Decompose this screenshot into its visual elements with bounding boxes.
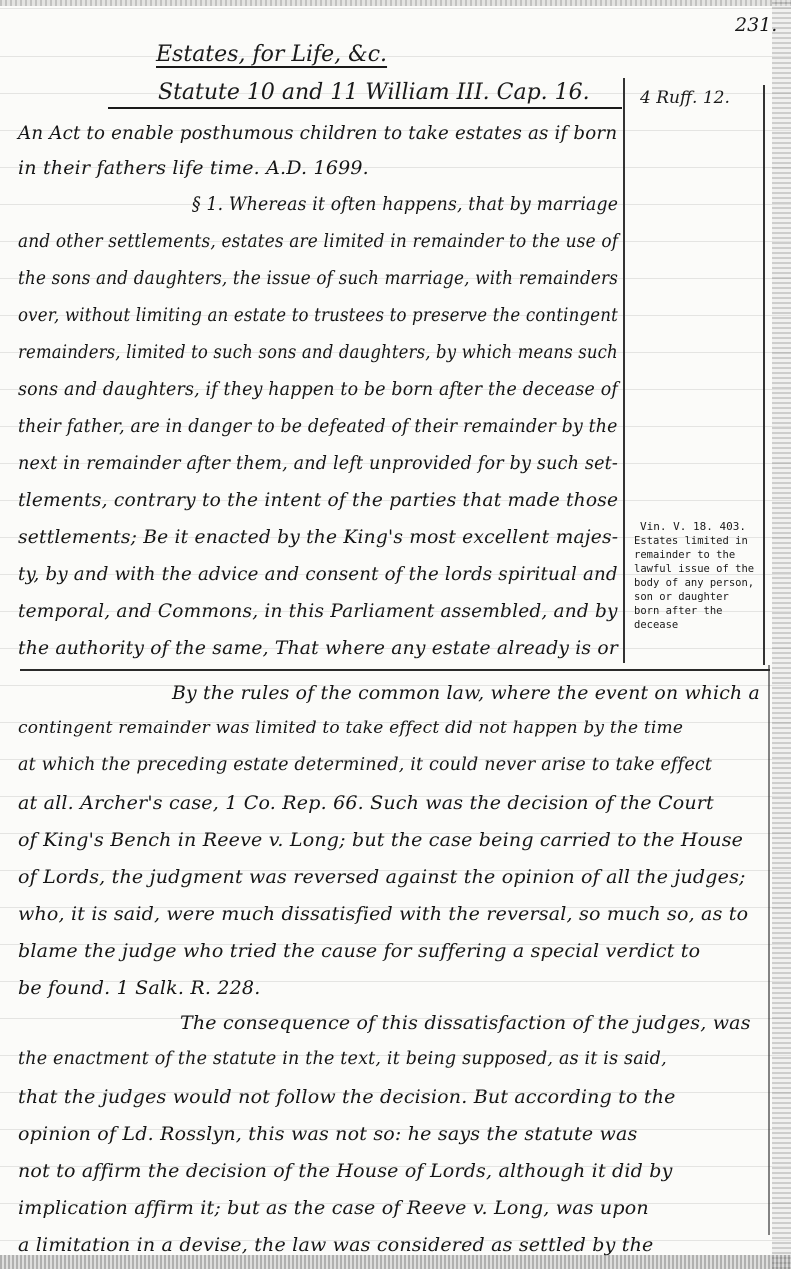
commentary-line: of King's Bench in Reeve v. Long; but th… [18,829,743,851]
scan-edge-top [0,0,791,6]
commentary-line: at which the preceding estate determined… [18,755,712,775]
margin-note-line: born after the decease [634,604,769,632]
commentary-line: By the rules of the common law, where th… [172,682,760,704]
commentary-line: of Lords, the judgment was reversed agai… [18,866,746,888]
section-1-line: the authority of the same, That where an… [18,637,618,659]
margin-rule-right-lower [768,665,770,1235]
margin-note-line: remainder to the [634,548,769,562]
commentary-line: a limitation in a devise, the law was co… [18,1234,654,1256]
act-description-line: in their fathers life time. A.D. 1699. [18,157,369,179]
statute-title: Statute 10 and 11 William III. Cap. 16. [108,80,622,109]
scan-edge-right [772,0,791,1269]
section-1-line: tlements, contrary to the intent of the … [18,489,618,511]
commentary-line: be found. 1 Salk. R. 228. [18,977,260,999]
section-1-line: their father, are in danger to be defeat… [18,415,618,437]
margin-note-line: Estates limited in [634,534,769,548]
commentary-line: contingent remainder was limited to take… [18,718,683,738]
margin-reference: 4 Ruff. 12. [640,88,730,108]
section-1-line: temporal, and Commons, in this Parliamen… [18,600,618,622]
scan-edge-bottom [0,1255,791,1269]
section-1-line: and other settlements, estates are limit… [18,230,618,252]
section-1-line: sons and daughters, if they happen to be… [18,378,618,400]
section-1-line: settlements; Be it enacted by the King's… [18,526,618,548]
margin-note-line: lawful issue of the [634,562,769,576]
page-heading: Estates, for Life, &c. [156,42,387,67]
commentary-line: that the judges would not follow the dec… [18,1086,676,1108]
section-1-line: ty, by and with the advice and consent o… [18,563,618,585]
margin-note-line: body of any person, [634,576,769,590]
page-number: 231. [735,14,777,36]
commentary-line: not to affirm the decision of the House … [18,1160,673,1182]
section-1-line: next in remainder after them, and left u… [18,452,618,474]
margin-rule-left-upper [623,78,625,663]
manuscript-page: 231. Estates, for Life, &c. Statute 10 a… [0,0,791,1269]
commentary-line: opinion of Ld. Rosslyn, this was not so:… [18,1123,637,1145]
commentary-line: blame the judge who tried the cause for … [18,940,700,962]
margin-note-citation: Vin. V. 18. 403. [634,520,769,534]
section-1-line: § 1. Whereas it often happens, that by m… [192,193,618,215]
act-description-line: An Act to enable posthumous children to … [18,122,617,144]
commentary-line: The consequence of this dissatisfaction … [180,1012,751,1034]
commentary-line: at all. Archer's case, 1 Co. Rep. 66. Su… [18,792,714,814]
section-1-line: over, without limiting an estate to trus… [18,304,618,326]
section-1-line: remainders, limited to such sons and dau… [18,341,618,363]
commentary-line: the enactment of the statute in the text… [18,1049,667,1069]
section-divider [20,669,770,671]
margin-note: Vin. V. 18. 403. Estates limited in rema… [634,520,769,632]
margin-note-line: son or daughter [634,590,769,604]
commentary-line: implication affirm it; but as the case o… [18,1197,649,1219]
section-1-line: the sons and daughters, the issue of suc… [18,267,618,289]
commentary-line: who, it is said, were much dissatisfied … [18,903,748,925]
